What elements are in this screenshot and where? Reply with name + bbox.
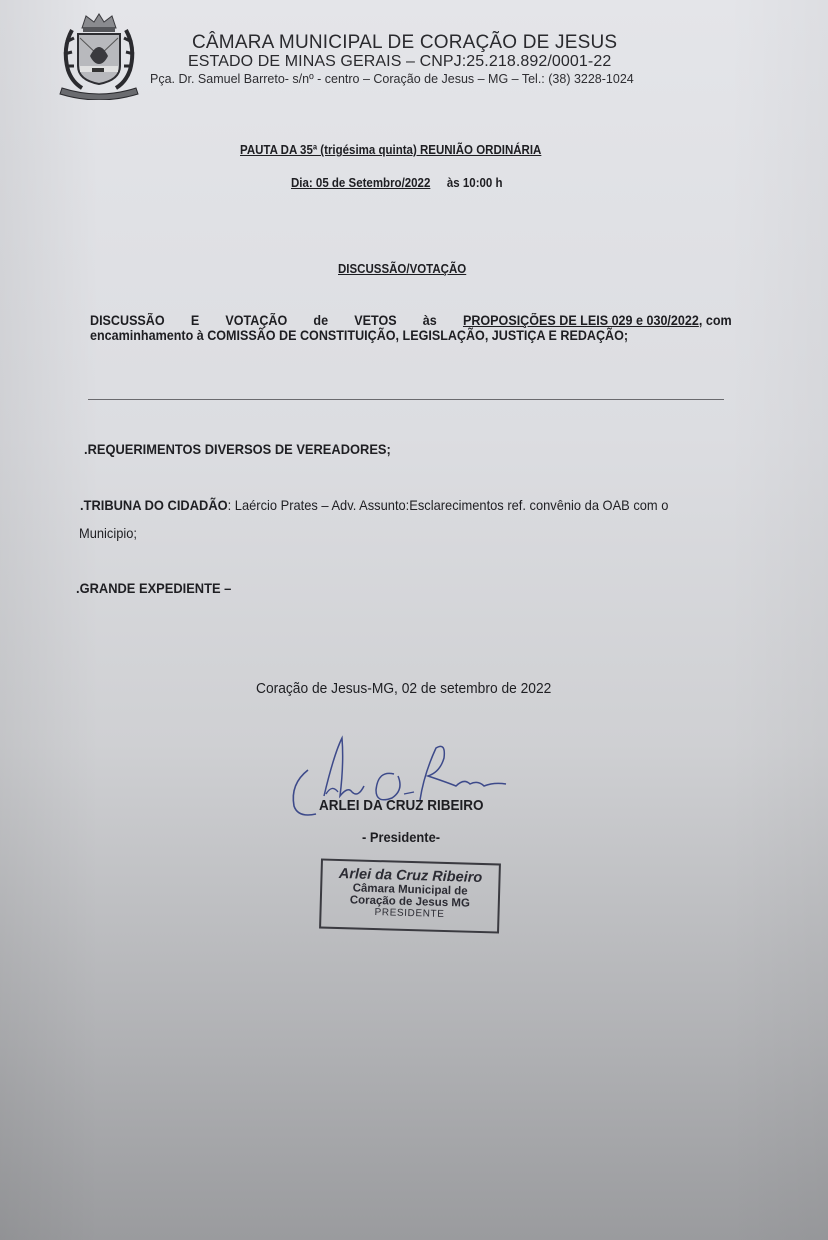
signer-name: ARLEI DA CRUZ RIBEIRO — [319, 797, 484, 814]
word: DISCUSSÃO — [90, 313, 165, 328]
item-requerimentos: .REQUERIMENTOS DIVERSOS DE VEREADORES; — [84, 441, 391, 457]
section-heading: DISCUSSÃO/VOTAÇÃO — [338, 262, 466, 276]
agenda-title: PAUTA DA 35ª (trigésima quinta) REUNIÃO … — [240, 143, 541, 157]
coat-of-arms-icon — [52, 8, 146, 100]
item-grande-expediente: .GRANDE EXPEDIENTE – — [76, 580, 231, 596]
discussion-paragraph: DISCUSSÃO E VOTAÇÃO de VETOS às PROPOSIÇ… — [90, 313, 685, 343]
proposals-underlined: PROPOSIÇÕES DE LEIS 029 e 030/2022 — [463, 313, 699, 328]
address-line: Pça. Dr. Samuel Barreto- s/nº - centro –… — [150, 72, 634, 86]
agenda-date-time: Dia: 05 de Setembro/2022às 10:00 h — [291, 176, 503, 190]
item-tribuna: .TRIBUNA DO CIDADÃO: Laércio Prates – Ad… — [80, 497, 668, 513]
tribuna-text: : Laércio Prates – Adv. Assunto:Esclarec… — [228, 497, 669, 513]
meeting-time: às 10:00 h — [447, 176, 503, 190]
meeting-date: Dia: 05 de Setembro/2022 — [291, 176, 430, 190]
state-cnpj: ESTADO DE MINAS GERAIS – CNPJ:25.218.892… — [188, 53, 611, 71]
official-stamp: Arlei da Cruz Ribeiro Câmara Municipal d… — [319, 859, 501, 934]
divider-line — [88, 399, 724, 400]
word: VETOS — [354, 313, 396, 328]
proposals-reference: PROPOSIÇÕES DE LEIS 029 e 030/2022, com — [463, 313, 732, 328]
institution-name: CÂMARA MUNICIPAL DE CORAÇÃO DE JESUS — [192, 32, 617, 54]
tribuna-label: .TRIBUNA DO CIDADÃO — [80, 497, 228, 513]
paragraph-line-2: encaminhamento à COMISSÃO DE CONSTITUIÇÃ… — [90, 328, 685, 343]
paragraph-line-1: DISCUSSÃO E VOTAÇÃO de VETOS às PROPOSIÇ… — [90, 313, 732, 328]
word: às — [423, 313, 437, 328]
tribuna-text-continued: Municipio; — [79, 525, 137, 541]
word: E — [191, 313, 199, 328]
word: de — [313, 313, 328, 328]
place-and-date: Coração de Jesus-MG, 02 de setembro de 2… — [256, 680, 551, 697]
word: , com — [699, 313, 732, 328]
word: VOTAÇÃO — [225, 313, 287, 328]
signer-role: - Presidente- — [362, 829, 440, 845]
